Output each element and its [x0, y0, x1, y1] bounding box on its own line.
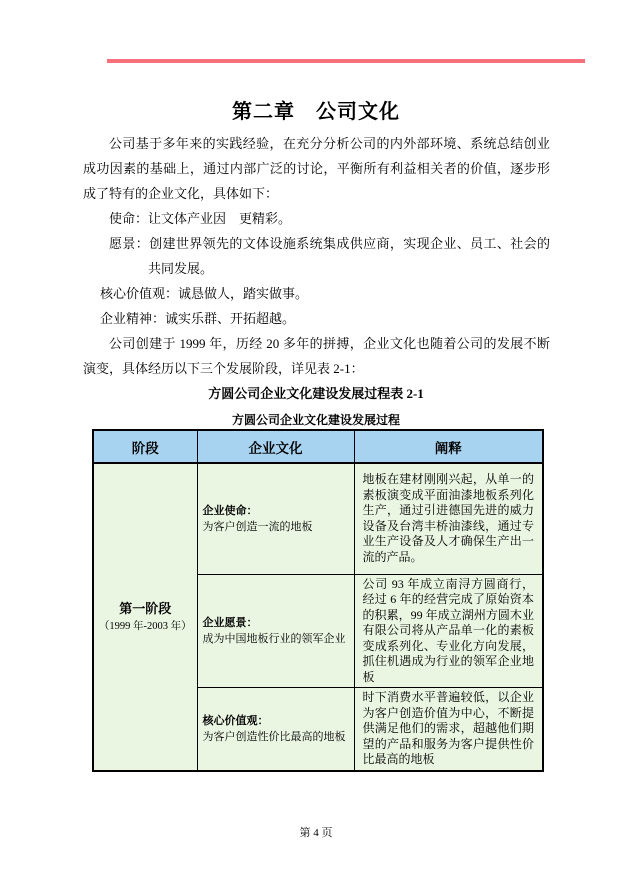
header-rule-divider	[107, 59, 585, 63]
culture-text: 为客户创造一流的地板	[203, 519, 349, 535]
header-cell-culture: 企业文化	[197, 430, 354, 463]
culture-cell-values: 核心价值观： 为客户创造性价比最高的地板	[197, 688, 354, 771]
stage-cell: 第一阶段 （1999 年-2003 年）	[93, 463, 197, 771]
chapter-title: 第二章 公司文化	[0, 100, 632, 124]
intro-paragraph: 公司基于多年来的实践经验，在充分分析公司的内外部环境、系统总结创业成功因素的基础…	[83, 131, 550, 206]
history-paragraph: 公司创建于 1999 年，历经 20 多年的拼搏，企业文化也随着公司的发展不断演…	[83, 331, 550, 381]
explanation-cell: 时下消费水平普遍较低，以企业为客户创造价值为中心，不断提供满足他们的需求，超越他…	[354, 688, 543, 771]
mission-line: 使命：让文体产业因 更精彩。	[83, 206, 550, 231]
header-cell-explanation: 阐释	[354, 430, 543, 463]
body-content: 公司基于多年来的实践经验，在充分分析公司的内外部环境、系统总结创业成功因素的基础…	[83, 131, 550, 381]
page-number: 第 4 页	[0, 826, 632, 840]
culture-cell-vision: 企业愿景： 成为中国地板行业的领军企业	[197, 574, 354, 688]
table-caption: 方圆公司企业文化建设发展过程表 2-1	[0, 386, 632, 402]
table-title: 方圆公司企业文化建设发展过程	[0, 413, 632, 428]
explanation-cell: 地板在建材刚刚兴起，从单一的素板演变成平面油漆地板系列化生产，通过引进德国先进的…	[354, 463, 543, 574]
spirit-line: 企业精神：诚实乐群、开拓超越。	[83, 306, 550, 331]
table-header-row: 阶段 企业文化 阐释	[93, 430, 543, 463]
culture-label: 企业使命：	[203, 503, 349, 519]
culture-label: 企业愿景：	[203, 615, 349, 631]
core-values-line: 核心价值观：诚恳做人，踏实做事。	[83, 281, 550, 306]
culture-label: 核心价值观：	[203, 713, 349, 729]
header-cell-stage: 阶段	[93, 430, 197, 463]
vision-line: 愿景：创建世界领先的文体设施系统集成供应商，实现企业、员工、社会的共同发展。	[83, 231, 550, 281]
explanation-cell: 公司 93 年成立南浔方圆商行，经过 6 年的经营完成了原始资本的积累，99 年…	[354, 574, 543, 688]
table-row: 第一阶段 （1999 年-2003 年） 企业使命： 为客户创造一流的地板 地板…	[93, 463, 543, 574]
document-page: 第二章 公司文化 公司基于多年来的实践经验，在充分分析公司的内外部环境、系统总结…	[0, 0, 632, 893]
culture-text: 为客户创造性价比最高的地板	[203, 729, 349, 745]
culture-cell-mission: 企业使命： 为客户创造一流的地板	[197, 463, 354, 574]
stage-period: （1999 年-2003 年）	[95, 619, 196, 635]
stage-name: 第一阶段	[95, 599, 196, 619]
culture-text: 成为中国地板行业的领军企业	[203, 631, 349, 647]
culture-development-table: 阶段 企业文化 阐释 第一阶段 （1999 年-2003 年） 企业使命： 为客…	[92, 429, 544, 772]
